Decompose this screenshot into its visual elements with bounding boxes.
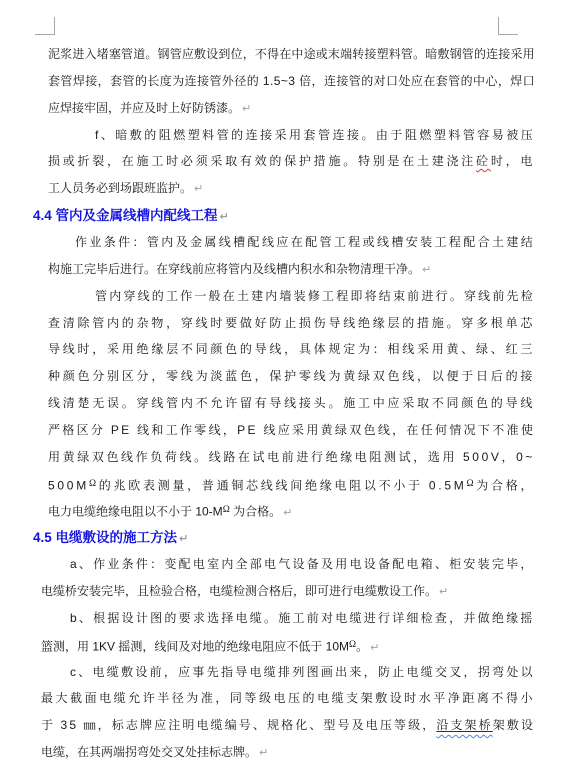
text-run: 泥浆进入堵塞管道。钢管应敷设到位，不得在中途或末端转接塑料管。暗敷钢管的连接采用 [48, 47, 535, 61]
text-line: 套管焊接，套管的长度为连接管外径的 1.5~3 倍，连接管的对口处应在套管的中心… [48, 68, 535, 95]
omega-symbol: Ω [223, 505, 230, 515]
text-line: 用黄绿双色线作负荷线。线路在试电前进行绝缘电阻测试，选用 500V，0~ [48, 444, 535, 471]
pilcrow-mark: ↵ [439, 586, 448, 598]
text-run: 种颜色分别区分，零线为淡蓝色，保护零线为黄绿双色线，以便于日后的接 [48, 369, 535, 383]
text-line: 严格区分 PE 线和工作零线，PE 线应采用黄绿双色线，在任何情况下不准使 [48, 417, 535, 444]
omega-symbol: Ω [89, 479, 99, 489]
text-line: 线清楚无误。穿线管内不允许留有导线接头。施工中应采取不同颜色的导线 [48, 390, 535, 417]
omega-symbol: Ω [466, 479, 476, 489]
text-run: 管内穿线的工作一般在土建内墙装修工程即将结束前进行。穿线前先检 [95, 289, 535, 303]
text-run: 篮测，用 1KV 摇测，线间及对地的绝缘电阻应不低于 10M [41, 640, 349, 654]
text-line: b、根据设计图的要求选择电缆。施工前对电缆进行详细检查，并做绝缘摇 [70, 605, 535, 632]
text-run: f、暗敷的阻燃塑料管的连接采用套管连接。由于阻燃塑料管容易被压 [95, 128, 535, 142]
spellcheck-flagged-word: 砼 [476, 154, 491, 168]
text-run: 为合格。 [230, 505, 281, 519]
text-line: 查清除管内的杂物，穿线时要做好防止损伤导线绝缘层的措施。穿多根单芯 [48, 310, 535, 337]
text-line: 种颜色分别区分，零线为淡蓝色，保护零线为黄绿双色线，以便于日后的接 [48, 363, 535, 390]
text-run: 套管焊接，套管的长度为连接管外径的 1.5~3 倍，连接管的对口处应在套管的中心… [48, 74, 535, 88]
text-run: 作业条件：管内及金属线槽配线应在配管工程或线槽安装工程配合土建结 [75, 235, 535, 249]
text-line: 作业条件：管内及金属线槽配线应在配管工程或线槽安装工程配合土建结 [75, 229, 535, 256]
margin-mark-top-right [498, 17, 518, 35]
text-run: 导线时，采用绝缘层不同颜色的导线，具体规定为：相线采用黄、绿、红三 [48, 342, 535, 356]
text-line: 篮测，用 1KV 摇测，线间及对地的绝缘电阻应不低于 10MΩ。↵ [41, 632, 379, 659]
text-run: 时，电 [491, 154, 535, 168]
pilcrow-mark: ↵ [283, 507, 292, 519]
text-run: 最大截面电缆允许半径为准，同等级电压的电缆支架敷设时水平净距离不得小 [41, 691, 535, 705]
text-line: 应焊接牢固，并应及时上好防锈漆。↵ [48, 95, 251, 122]
text-line: 最大截面电缆允许半径为准，同等级电压的电缆支架敷设时水平净距离不得小 [41, 685, 535, 712]
text-run: 500M [48, 479, 89, 493]
text-run: 电缆桥安装完毕，且检验合格，电缆检测合格后，即可进行电缆敷设工作。 [41, 584, 437, 598]
text-line: 损或折裂，在施工时必须采取有效的保护措施。特别是在土建浇注砼时，电 [48, 148, 535, 175]
text-line: f、暗敷的阻燃塑料管的连接采用套管连接。由于阻燃塑料管容易被压 [95, 122, 535, 149]
text-run: 损或折裂，在施工时必须采取有效的保护措施。特别是在土建浇注 [48, 154, 476, 168]
text-run: c、电缆敷设前，应事先指导电缆排列图画出来，防止电缆交叉，拐弯处以 [70, 665, 535, 679]
text-run: 应焊接牢固，并应及时上好防锈漆。 [48, 101, 240, 115]
pilcrow-mark: ↵ [370, 642, 379, 654]
pilcrow-mark: ↵ [179, 533, 188, 545]
text-run: 构施工完毕后进行。在穿线前应将管内及线槽内积水和杂物清理干净。 [48, 262, 420, 276]
text-run: 于 35 ㎜，标志牌应注明电缆编号、规格化、型号及电压等级， [41, 718, 436, 732]
pilcrow-mark: ↵ [220, 211, 229, 223]
grammar-underlined-text: 沿支架桥 [436, 718, 492, 732]
text-run: a、作业条件：变配电室内全部电气设备及用电设备配电箱、柜安装完毕， [70, 557, 535, 571]
text-line: 于 35 ㎜，标志牌应注明电缆编号、规格化、型号及电压等级，沿支架桥架敷设 [41, 712, 535, 739]
text-run: 的兆欧表测量，普通铜芯线线间绝缘电阻以不小于 0.5M [99, 479, 467, 493]
text-line: a、作业条件：变配电室内全部电气设备及用电设备配电箱、柜安装完毕， [70, 551, 535, 578]
pilcrow-mark: ↵ [259, 747, 268, 759]
text-run: 4.4 管内及金属线槽内配线工程 [33, 208, 218, 223]
text-line: 泥浆进入堵塞管道。钢管应敷设到位，不得在中途或末端转接塑料管。暗敷钢管的连接采用 [48, 41, 535, 68]
text-run: 工人员务必到场跟班监护。 [48, 181, 192, 195]
text-line: 电缆桥安装完毕，且检验合格，电缆检测合格后，即可进行电缆敷设工作。↵ [41, 578, 448, 605]
section-heading: 4.5 电缆敷设的施工方法↵ [33, 524, 188, 551]
pilcrow-mark: ↵ [422, 264, 431, 276]
pilcrow-mark: ↵ [242, 103, 251, 115]
text-run: 电力电缆绝缘电阻以不小于 10-M [48, 505, 223, 519]
text-run: 用黄绿双色线作负荷线。线路在试电前进行绝缘电阻测试，选用 500V，0~ [48, 450, 535, 464]
text-run: b、根据设计图的要求选择电缆。施工前对电缆进行详细检查，并做绝缘摇 [70, 611, 535, 625]
text-run: 为合格， [476, 479, 535, 493]
text-line: 构施工完毕后进行。在穿线前应将管内及线槽内积水和杂物清理干净。↵ [48, 256, 431, 283]
text-run: 4.5 电缆敷设的施工方法 [33, 530, 177, 545]
text-run: 架敷设 [493, 718, 535, 732]
text-run: 。 [356, 640, 368, 654]
section-heading: 4.4 管内及金属线槽内配线工程↵ [33, 202, 229, 229]
pilcrow-mark: ↵ [194, 183, 203, 195]
document-page: 泥浆进入堵塞管道。钢管应敷设到位，不得在中途或末端转接塑料管。暗敷钢管的连接采用… [0, 0, 565, 759]
margin-mark-top-left [35, 17, 55, 35]
text-line: 导线时，采用绝缘层不同颜色的导线，具体规定为：相线采用黄、绿、红三 [48, 336, 535, 363]
text-run: 电缆，在其两端拐弯处交叉处挂标志牌。 [41, 745, 257, 759]
text-run: 严格区分 PE 线和工作零线，PE 线应采用黄绿双色线，在任何情况下不准使 [48, 423, 535, 437]
text-line: 管内穿线的工作一般在土建内墙装修工程即将结束前进行。穿线前先检 [95, 283, 535, 310]
text-run: 线清楚无误。穿线管内不允许留有导线接头。施工中应采取不同颜色的导线 [48, 396, 535, 410]
text-line: 500MΩ的兆欧表测量，普通铜芯线线间绝缘电阻以不小于 0.5MΩ为合格， [48, 471, 535, 498]
text-run: 查清除管内的杂物，穿线时要做好防止损伤导线绝缘层的措施。穿多根单芯 [48, 316, 535, 330]
text-line: 电缆，在其两端拐弯处交叉处挂标志牌。↵ [41, 739, 268, 759]
text-line: c、电缆敷设前，应事先指导电缆排列图画出来，防止电缆交叉，拐弯处以 [70, 659, 535, 686]
text-line: 工人员务必到场跟班监护。↵ [48, 175, 203, 202]
text-line: 电力电缆绝缘电阻以不小于 10-MΩ 为合格。↵ [48, 497, 292, 524]
